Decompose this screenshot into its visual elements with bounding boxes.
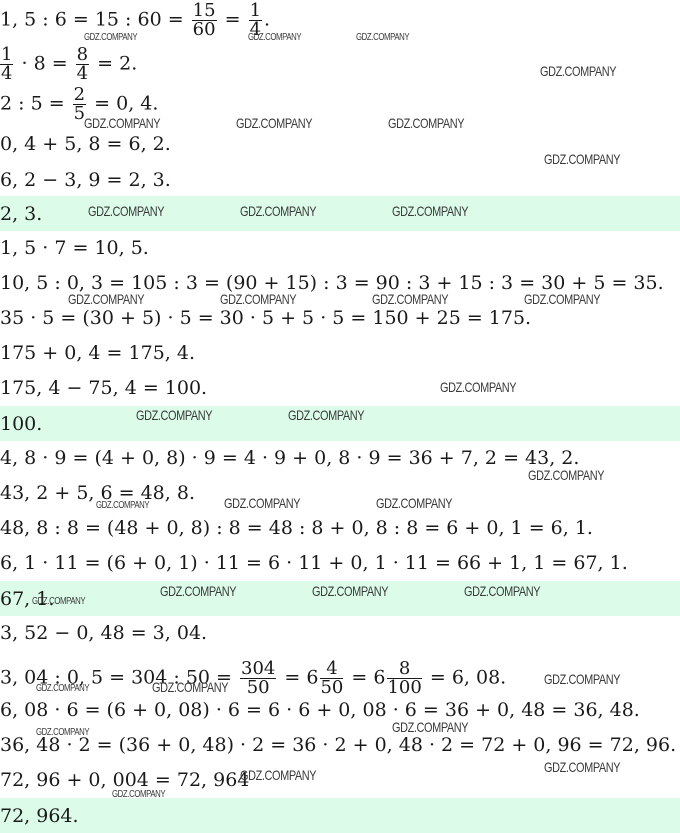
watermark: GDZ.COMPANY <box>392 203 468 219</box>
step-text: = <box>219 9 247 31</box>
watermark: GDZ.COMPANY <box>376 495 452 511</box>
watermark: GDZ.COMPANY <box>240 203 316 219</box>
fraction: 14 <box>0 46 13 83</box>
watermark: GDZ.COMPANY <box>544 759 620 775</box>
watermark: GDZ.COMPANY <box>544 671 620 687</box>
watermark: GDZ.COMPANY <box>372 291 448 307</box>
fraction: 1560 <box>192 2 217 39</box>
step-text: = 2. <box>91 53 137 75</box>
solution-step: 6, 08 · 6 = (6 + 0, 08) · 6 = 6 · 6 + 0,… <box>0 699 640 721</box>
fraction: 8100 <box>387 660 421 697</box>
solution-step: 0, 4 + 5, 8 = 6, 2. <box>0 133 171 155</box>
watermark: GDZ.COMPANY <box>84 32 137 44</box>
watermark: GDZ.COMPANY <box>112 789 165 801</box>
step-text: . <box>264 9 270 31</box>
watermark: GDZ.COMPANY <box>388 115 464 131</box>
watermark: GDZ.COMPANY <box>224 495 300 511</box>
watermark: GDZ.COMPANY <box>32 596 85 608</box>
watermark: GDZ.COMPANY <box>540 63 616 79</box>
denominator: 4 <box>0 65 13 83</box>
solution-step: 36, 48 · 2 = (36 + 0, 48) · 2 = 36 · 2 +… <box>0 734 676 756</box>
solution-step: 14 · 8 = 84 = 2. <box>0 46 137 83</box>
step-text: · 8 = <box>15 53 73 75</box>
watermark: GDZ.COMPANY <box>88 203 164 219</box>
denominator: 50 <box>320 679 343 697</box>
solution-step: 72, 96 + 0, 004 = 72, 964 <box>0 769 249 791</box>
watermark: GDZ.COMPANY <box>248 32 301 44</box>
watermark: GDZ.COMPANY <box>240 767 316 783</box>
answer-text: 72, 964. <box>0 805 79 827</box>
watermark: GDZ.COMPANY <box>96 500 149 512</box>
watermark: GDZ.COMPANY <box>440 379 516 395</box>
solution-step: 1, 5 · 7 = 10, 5. <box>0 237 149 259</box>
answer-band-4: 72, 964. <box>0 798 680 833</box>
watermark: GDZ.COMPANY <box>544 151 620 167</box>
solution-step: 35 · 5 = (30 + 5) · 5 = 30 · 5 + 5 · 5 =… <box>0 307 531 329</box>
solution-step: 6, 1 · 11 = (6 + 0, 1) · 11 = 6 · 11 + 0… <box>0 552 628 574</box>
solution-step: 175, 4 − 75, 4 = 100. <box>0 377 207 399</box>
denominator: 60 <box>192 21 217 39</box>
solution-step: 4, 8 · 9 = (4 + 0, 8) · 9 = 4 · 9 + 0, 8… <box>0 447 579 469</box>
answer-text: 100. <box>0 413 42 435</box>
denominator: 4 <box>76 65 89 83</box>
fraction: 84 <box>76 46 89 83</box>
watermark: GDZ.COMPANY <box>36 683 89 695</box>
answer-text: 2, 3. <box>0 203 42 225</box>
watermark: GDZ.COMPANY <box>68 291 144 307</box>
solution-step: 48, 8 : 8 = (48 + 0, 8) : 8 = 48 : 8 + 0… <box>0 517 593 539</box>
step-text: 1, 5 : 6 = 15 : 60 = <box>0 9 190 31</box>
watermark: GDZ.COMPANY <box>312 583 388 599</box>
watermark: GDZ.COMPANY <box>220 291 296 307</box>
step-text: = 6 <box>278 667 318 689</box>
step-text: = 0, 4. <box>88 93 158 115</box>
fraction: 30450 <box>240 660 276 697</box>
watermark: GDZ.COMPANY <box>160 583 236 599</box>
watermark: GDZ.COMPANY <box>528 467 604 483</box>
watermark: GDZ.COMPANY <box>288 407 364 423</box>
watermark: GDZ.COMPANY <box>152 679 228 695</box>
denominator: 50 <box>240 679 276 697</box>
watermark: GDZ.COMPANY <box>392 719 468 735</box>
watermark: GDZ.COMPANY <box>36 727 89 739</box>
watermark: GDZ.COMPANY <box>356 32 409 44</box>
watermark: GDZ.COMPANY <box>464 583 540 599</box>
solution-step: 6, 2 − 3, 9 = 2, 3. <box>0 169 171 191</box>
step-text: = 6, 08. <box>424 667 506 689</box>
watermark: GDZ.COMPANY <box>236 115 312 131</box>
watermark: GDZ.COMPANY <box>136 407 212 423</box>
solution-step: 175 + 0, 4 = 175, 4. <box>0 342 195 364</box>
fraction: 450 <box>320 660 343 697</box>
watermark: GDZ.COMPANY <box>524 291 600 307</box>
step-text: 2 : 5 = <box>0 93 71 115</box>
watermark: GDZ.COMPANY <box>84 115 160 131</box>
denominator: 100 <box>387 679 421 697</box>
solution-step: 3, 52 − 0, 48 = 3, 04. <box>0 622 207 644</box>
step-text: = 6 <box>345 667 385 689</box>
